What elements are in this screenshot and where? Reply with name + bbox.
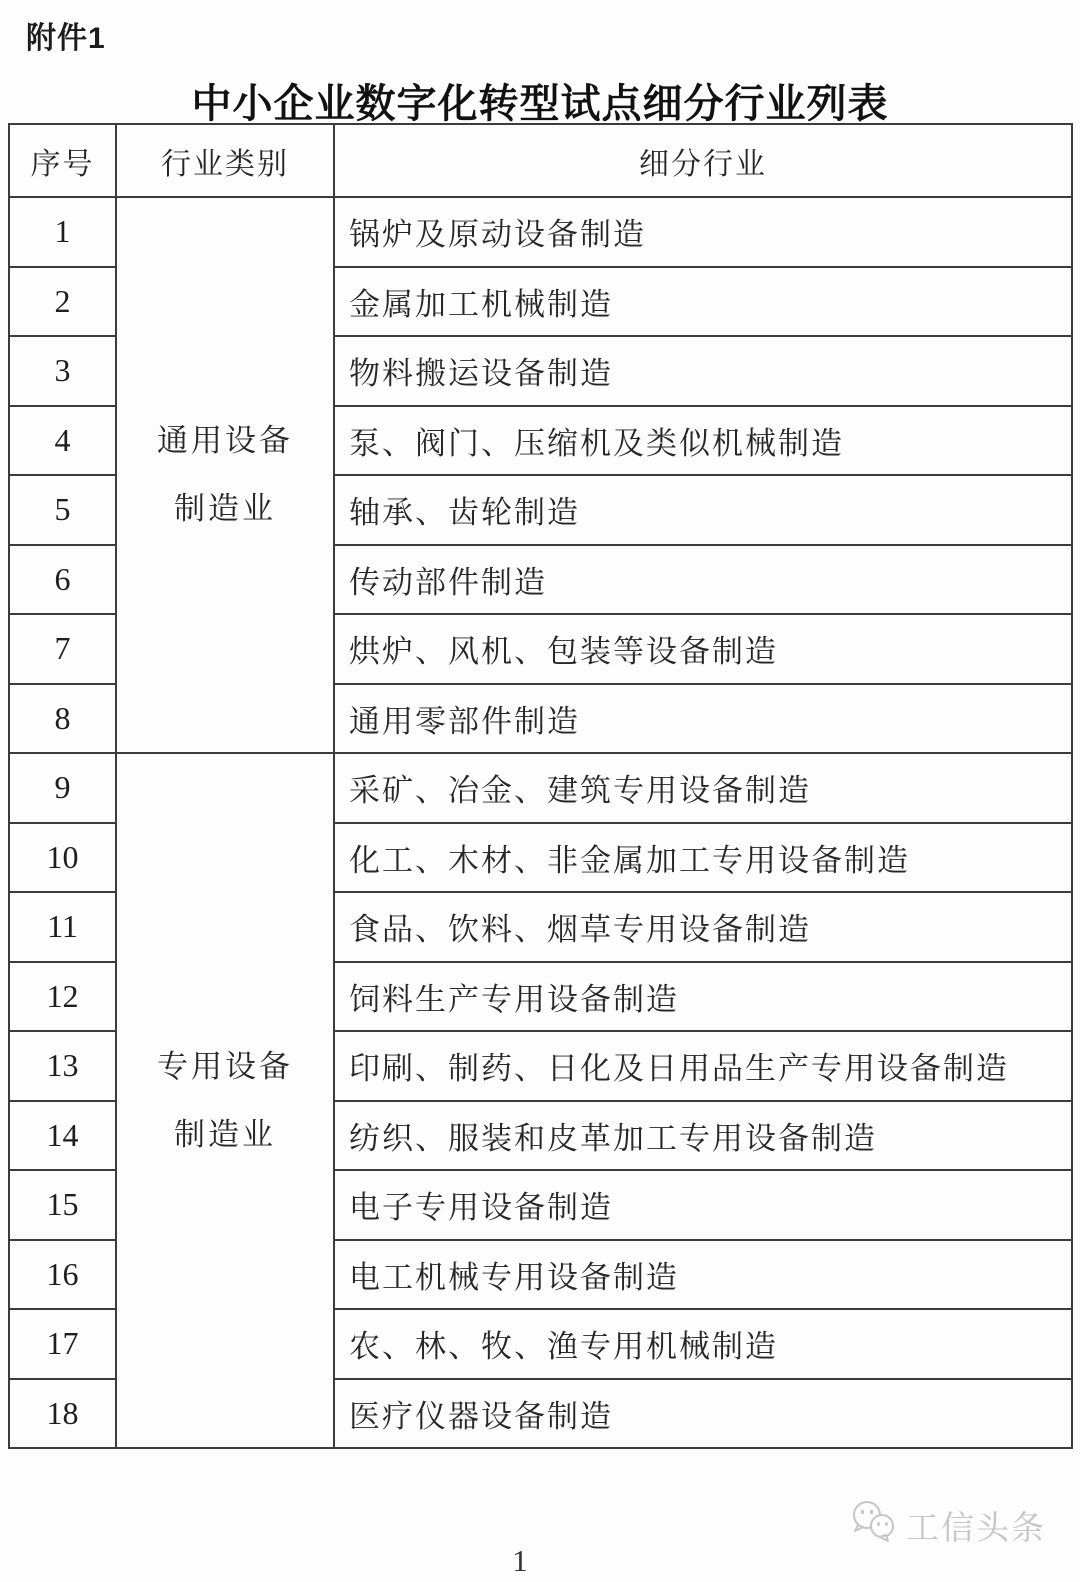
industry-table: 序号 行业类别 细分行业 1 通用设备 制造业 锅炉及原动设备制造 2 金属加工… <box>8 123 1073 1449</box>
category-line-2: 制造业 <box>118 475 332 543</box>
category-cell: 通用设备 制造业 <box>116 197 334 753</box>
row-number-cell: 4 <box>9 406 116 476</box>
industry-cell: 通用零部件制造 <box>334 684 1072 754</box>
industry-cell: 食品、饮料、烟草专用设备制造 <box>334 892 1072 962</box>
header-cell-category: 行业类别 <box>116 124 334 197</box>
category-cell: 专用设备 制造业 <box>116 753 334 1448</box>
industry-cell: 轴承、齿轮制造 <box>334 475 1072 545</box>
industry-cell: 化工、木材、非金属加工专用设备制造 <box>334 823 1072 893</box>
attachment-label: 附件1 <box>26 13 106 57</box>
industry-cell: 采矿、冶金、建筑专用设备制造 <box>334 753 1072 823</box>
wechat-bubbles-icon <box>848 1498 900 1553</box>
industry-cell: 印刷、制药、日化及日用品生产专用设备制造 <box>334 1031 1072 1101</box>
table-row: 9 专用设备 制造业 采矿、冶金、建筑专用设备制造 <box>9 753 1072 823</box>
industry-cell: 饲料生产专用设备制造 <box>334 962 1072 1032</box>
row-number-cell: 13 <box>9 1031 116 1101</box>
table-row: 1 通用设备 制造业 锅炉及原动设备制造 <box>9 197 1072 267</box>
row-number-cell: 3 <box>9 336 116 406</box>
category-line-1: 通用设备 <box>118 407 332 475</box>
industry-cell: 纺织、服装和皮革加工专用设备制造 <box>334 1101 1072 1171</box>
row-number-cell: 7 <box>9 614 116 684</box>
row-number-cell: 16 <box>9 1240 116 1310</box>
page-title: 中小企业数字化转型试点细分行业列表 <box>0 72 1080 129</box>
category-line-2: 制造业 <box>118 1101 332 1169</box>
row-number-cell: 18 <box>9 1379 116 1449</box>
industry-cell: 传动部件制造 <box>334 545 1072 615</box>
category-line-1: 专用设备 <box>118 1033 332 1101</box>
header-cell-subindustry: 细分行业 <box>334 124 1072 197</box>
watermark: 工信头条 <box>848 1498 1046 1553</box>
row-number-cell: 6 <box>9 545 116 615</box>
industry-cell: 医疗仪器设备制造 <box>334 1379 1072 1449</box>
industry-cell: 电工机械专用设备制造 <box>334 1240 1072 1310</box>
row-number-cell: 5 <box>9 475 116 545</box>
table-header-row: 序号 行业类别 细分行业 <box>9 124 1072 197</box>
row-number-cell: 10 <box>9 823 116 893</box>
industry-cell: 泵、阀门、压缩机及类似机械制造 <box>334 406 1072 476</box>
row-number-cell: 12 <box>9 962 116 1032</box>
row-number-cell: 15 <box>9 1170 116 1240</box>
row-number-cell: 14 <box>9 1101 116 1171</box>
header-cell-no: 序号 <box>9 124 116 197</box>
industry-cell: 物料搬运设备制造 <box>334 336 1072 406</box>
row-number-cell: 2 <box>9 267 116 337</box>
industry-cell: 农、林、牧、渔专用机械制造 <box>334 1309 1072 1379</box>
row-number-cell: 8 <box>9 684 116 754</box>
watermark-text: 工信头条 <box>906 1502 1046 1549</box>
industry-cell: 金属加工机械制造 <box>334 267 1072 337</box>
industry-cell: 锅炉及原动设备制造 <box>334 197 1072 267</box>
industry-cell: 烘炉、风机、包装等设备制造 <box>334 614 1072 684</box>
row-number-cell: 17 <box>9 1309 116 1379</box>
row-number-cell: 9 <box>9 753 116 823</box>
row-number-cell: 11 <box>9 892 116 962</box>
row-number-cell: 1 <box>9 197 116 267</box>
document-page: { "page": { "attachment_label": "附件1", "… <box>0 0 1080 1582</box>
industry-cell: 电子专用设备制造 <box>334 1170 1072 1240</box>
